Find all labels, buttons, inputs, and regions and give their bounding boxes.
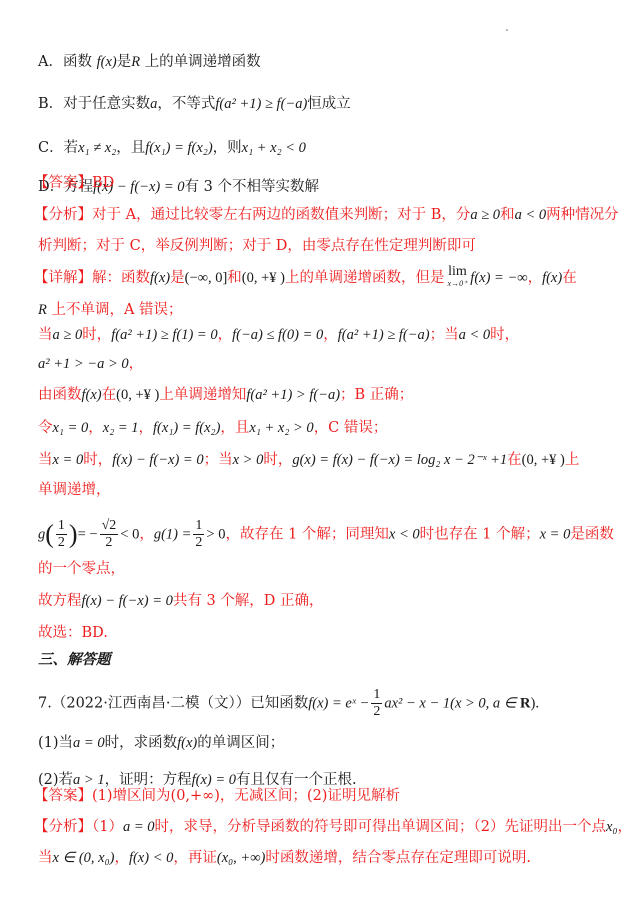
text: ， — [139, 420, 154, 436]
option-c: C．若x₁ ≠ x₂，且f(x₁) = f(x₂)，则x₁ + x₂ < 0 — [38, 138, 306, 158]
numerator: 1 — [193, 518, 204, 535]
q6-detail-line-9: g(12)= −√22< 0，g(1) =12> 0，故存在 1 个解；同理知x… — [38, 518, 614, 551]
option-label: B． — [38, 96, 63, 112]
text: 有 3 个不相等实数解 — [185, 179, 319, 195]
q6-answer: 【答案】BD — [34, 173, 114, 193]
q6-analysis-line-1: 【分析】对于 A，通过比较零左右两边的函数值来判断；对于 B，分a ≥ 0和a … — [34, 205, 619, 225]
lim-label: lim — [448, 266, 468, 278]
fraction: 12 — [371, 687, 382, 720]
math: (x₀, +∞) — [217, 850, 266, 866]
math: x = 0 — [540, 527, 571, 543]
math: x = 0 — [53, 452, 84, 468]
text: 时函数递增，结合零点存在定理即可说明. — [265, 850, 531, 866]
math: f(−a) ≤ f(0) = 0 — [232, 327, 323, 343]
q6-detail-line-3: 当a ≥ 0时，f(a² +1) ≥ f(1) = 0，f(−a) ≤ f(0)… — [38, 325, 519, 345]
paren-close: ) — [69, 520, 78, 549]
text: 单调递增， — [38, 482, 111, 498]
answer-tag: 【答案】 — [34, 175, 92, 191]
text: ，C 错误； — [314, 420, 388, 436]
math: x₁ = 0 — [53, 420, 89, 436]
math: x₁ + x₂ < 0 — [242, 140, 306, 156]
text: 是 — [117, 54, 132, 70]
question-number: 7. — [38, 696, 52, 712]
text: 函数 — [63, 54, 92, 70]
denominator: 2 — [371, 704, 382, 720]
detail-tag: 【详解】 — [34, 270, 92, 286]
q6-detail-line-11: 故方程f(x) − f(−x) = 0共有 3 个解，D 正确， — [38, 591, 324, 611]
text: (1)当 — [38, 735, 73, 751]
text: 两种情况分 — [546, 207, 619, 223]
fraction: √22 — [100, 518, 119, 551]
text: 当 — [38, 452, 53, 468]
paren-open: ( — [45, 520, 54, 549]
q7-analysis-line-2: 当x ∈ (0, x₀)，f(x) < 0，再证(x₀, +∞)时函数递增，结合… — [38, 848, 531, 868]
text: 和 — [500, 207, 515, 223]
answer-tag: 【答案】 — [34, 788, 92, 804]
fraction: 12 — [56, 518, 67, 551]
math: a ≥ 0 — [53, 327, 83, 343]
text: ，且 — [220, 420, 249, 436]
math: x₀ — [606, 819, 617, 835]
text: 时也存在 1 个解； — [420, 527, 540, 543]
math: a < 0 — [515, 207, 547, 223]
text: ， — [139, 527, 154, 543]
denominator: 2 — [100, 535, 119, 551]
answer-value: (1)增区间为(0,+∞)，无减区间；(2)证明见解析 — [92, 788, 400, 804]
math: f(x₁) = f(x₂) — [153, 420, 220, 436]
math: f(a² +1) ≥ f(1) = 0 — [111, 327, 217, 343]
text: ， — [323, 327, 338, 343]
math: x₂ = 1 — [103, 420, 139, 436]
section-heading: 三、解答题 — [38, 650, 111, 670]
text: ， — [129, 356, 144, 372]
text: 上单调递增知 — [159, 387, 246, 403]
text: 时， — [490, 327, 519, 343]
text: ， — [618, 819, 633, 835]
text: ；当 — [430, 327, 459, 343]
answer-value: BD — [92, 175, 114, 191]
math: ). — [531, 696, 539, 712]
q7-analysis-line-1: 【分析】（1）a = 0时，求导，分析导函数的符号即可得出单调区间；（2）先证明… — [34, 817, 632, 837]
section-title: 三、解答题 — [38, 651, 111, 668]
text: 的单调区间； — [197, 735, 284, 751]
text: 时， — [83, 452, 112, 468]
text: ，不等式 — [157, 96, 215, 112]
text: 故方程 — [38, 593, 82, 609]
limit-expression: limx→0⁺ — [448, 266, 468, 290]
option-b: B．对于任意实数a，不等式f(a² +1) ≥ f(−a)恒成立 — [38, 94, 351, 114]
math: a ≥ 0 — [470, 207, 500, 223]
text: ；B 正确； — [340, 387, 413, 403]
text: 在 — [507, 452, 522, 468]
math: x > 0 — [233, 452, 264, 468]
math: x₁ + x₂ > 0 — [249, 420, 313, 436]
math: f(x) — [150, 270, 170, 286]
math: ax² − x − 1(x > 0, a ∈ — [384, 696, 520, 712]
q6-detail-line-5: 由函数f(x)在(0, +¥ )上单调递增知f(a² +1) > f(−a)；B… — [38, 385, 413, 405]
text: 对于任意实数 — [63, 96, 150, 112]
option-label: C． — [38, 140, 64, 156]
denominator: 2 — [56, 535, 67, 551]
numerator: 1 — [371, 687, 382, 704]
q7-part-1: (1)当a = 0时，求函数f(x)的单调区间； — [38, 733, 284, 753]
option-a: A．函数 f(x)是R 上的单调递增函数 — [38, 52, 261, 72]
math: (0, +¥ ) — [522, 452, 565, 468]
math: x ∈ (0, x₀) — [53, 850, 115, 866]
text: 恒成立 — [307, 96, 351, 112]
denominator: 2 — [193, 535, 204, 551]
text: ， — [88, 420, 103, 436]
text: ， — [218, 327, 233, 343]
math: (0, +¥ ) — [242, 270, 285, 286]
math: f(x) — [542, 270, 562, 286]
q6-detail-line-4: a² +1 > −a > 0， — [38, 354, 143, 374]
text: 已知函数 — [250, 696, 308, 712]
math: < 0 — [120, 527, 139, 543]
math: f(x) — [177, 735, 197, 751]
q6-analysis-line-2: 析判断；对于 C，举反例判断；对于 D，由零点存在性定理判断即可 — [38, 236, 476, 256]
q6-detail-line-2: R 上不单调，A 错误； — [38, 300, 183, 320]
document-page: A．函数 f(x)是R 上的单调递增函数 B．对于任意实数a，不等式f(a² +… — [0, 0, 642, 907]
math: g(x) = f(x) − f(−x) = log₂ x − 2⁻ˣ +1 — [292, 452, 507, 468]
text: 共有 3 个解，D 正确， — [173, 593, 324, 609]
numerator: 1 — [56, 518, 67, 535]
math: R — [38, 302, 47, 318]
text: 若 — [64, 140, 79, 156]
math: f(x₁) = f(x₂) — [145, 140, 212, 156]
text: ， — [114, 850, 129, 866]
real-set-symbol: R — [520, 696, 530, 712]
math: (−∞, 0] — [185, 270, 228, 286]
math: = − — [78, 527, 98, 543]
q7-answer: 【答案】(1)增区间为(0,+∞)，无减区间；(2)证明见解析 — [34, 786, 400, 806]
math: R — [131, 54, 140, 70]
text: ，且 — [116, 140, 145, 156]
text: 时，求函数 — [105, 735, 178, 751]
text: ，再证 — [173, 850, 217, 866]
text: 在 — [562, 270, 577, 286]
text: 当 — [38, 327, 53, 343]
fraction: 12 — [193, 518, 204, 551]
text: 上的单调递增函数 — [145, 54, 261, 70]
text: 上不单调，A 错误； — [51, 302, 182, 318]
text: 上 — [565, 452, 580, 468]
text: 解：函数 — [92, 270, 150, 286]
text: 是 — [170, 270, 185, 286]
math: f(x) = eˣ − — [308, 696, 369, 712]
math: f(x) = −∞ — [470, 270, 527, 286]
math: f(x) − f(−x) = 0 — [82, 593, 173, 609]
text: ，故存在 1 个解；同理知 — [225, 527, 388, 543]
q6-detail-line-1: 【详解】解：函数f(x)是(−∞, 0]和(0, +¥ )上的单调递增函数，但是… — [34, 266, 577, 290]
text: 是函数 — [570, 527, 614, 543]
text: 时，求导，分析导函数的符号即可得出单调区间；（2）先证明出一个点 — [155, 819, 606, 835]
math: f(x) — [97, 54, 117, 70]
math: f(a² +1) ≥ f(−a) — [215, 96, 307, 112]
math: (0, +¥ ) — [116, 387, 159, 403]
math: x < 0 — [389, 527, 420, 543]
q6-detail-line-12: 故选：BD. — [38, 623, 108, 643]
text: 当 — [38, 850, 53, 866]
q6-detail-line-7: 当x = 0时，f(x) − f(−x) = 0；当x > 0时，g(x) = … — [38, 450, 579, 470]
text: 故选：BD. — [38, 625, 108, 641]
text: （1） — [92, 819, 123, 835]
math: g(1) = — [154, 527, 192, 543]
text: ， — [528, 270, 543, 286]
text: ；当 — [204, 452, 233, 468]
math: x₁ ≠ x₂ — [78, 140, 116, 156]
q6-detail-line-10: 的一个零点， — [38, 559, 125, 579]
analysis-tag: 【分析】 — [34, 207, 92, 223]
math: a < 0 — [459, 327, 491, 343]
math: f(x) — [82, 387, 102, 403]
math: f(a² +1) ≥ f(−a) — [338, 327, 430, 343]
math: f(a² +1) > f(−a) — [246, 387, 340, 403]
math: a = 0 — [123, 819, 155, 835]
lim-subscript: x→0⁺ — [448, 278, 468, 290]
text: 对于 A，通过比较零左右两边的函数值来判断；对于 B，分 — [92, 207, 470, 223]
question-source: （2022·江西南昌·二模（文）） — [52, 696, 250, 712]
text: 的一个零点， — [38, 561, 125, 577]
scan-speck — [506, 29, 508, 31]
q7-stem: 7.（2022·江西南昌·二模（文））已知函数f(x) = eˣ −12ax² … — [38, 687, 539, 720]
math: a² +1 > −a > 0 — [38, 356, 129, 372]
q6-detail-line-8: 单调递增， — [38, 480, 111, 500]
math: f(x) < 0 — [129, 850, 173, 866]
text: 时， — [82, 327, 111, 343]
analysis-tag: 【分析】 — [34, 819, 92, 835]
text: 令 — [38, 420, 53, 436]
text: 析判断；对于 C，举反例判断；对于 D，由零点存在性定理判断即可 — [38, 238, 476, 254]
math: a = 0 — [73, 735, 105, 751]
text: 上的单调递增函数，但是 — [285, 270, 445, 286]
math: > 0 — [206, 527, 225, 543]
text: 由函数 — [38, 387, 82, 403]
numerator: √2 — [100, 518, 119, 535]
math: f(x) − f(−x) = 0 — [112, 452, 203, 468]
text: 和 — [227, 270, 242, 286]
q6-detail-line-6: 令x₁ = 0，x₂ = 1，f(x₁) = f(x₂)，且x₁ + x₂ > … — [38, 418, 387, 438]
option-label: A． — [38, 54, 63, 70]
text: 在 — [102, 387, 117, 403]
text: ，则 — [213, 140, 242, 156]
text: 时， — [263, 452, 292, 468]
